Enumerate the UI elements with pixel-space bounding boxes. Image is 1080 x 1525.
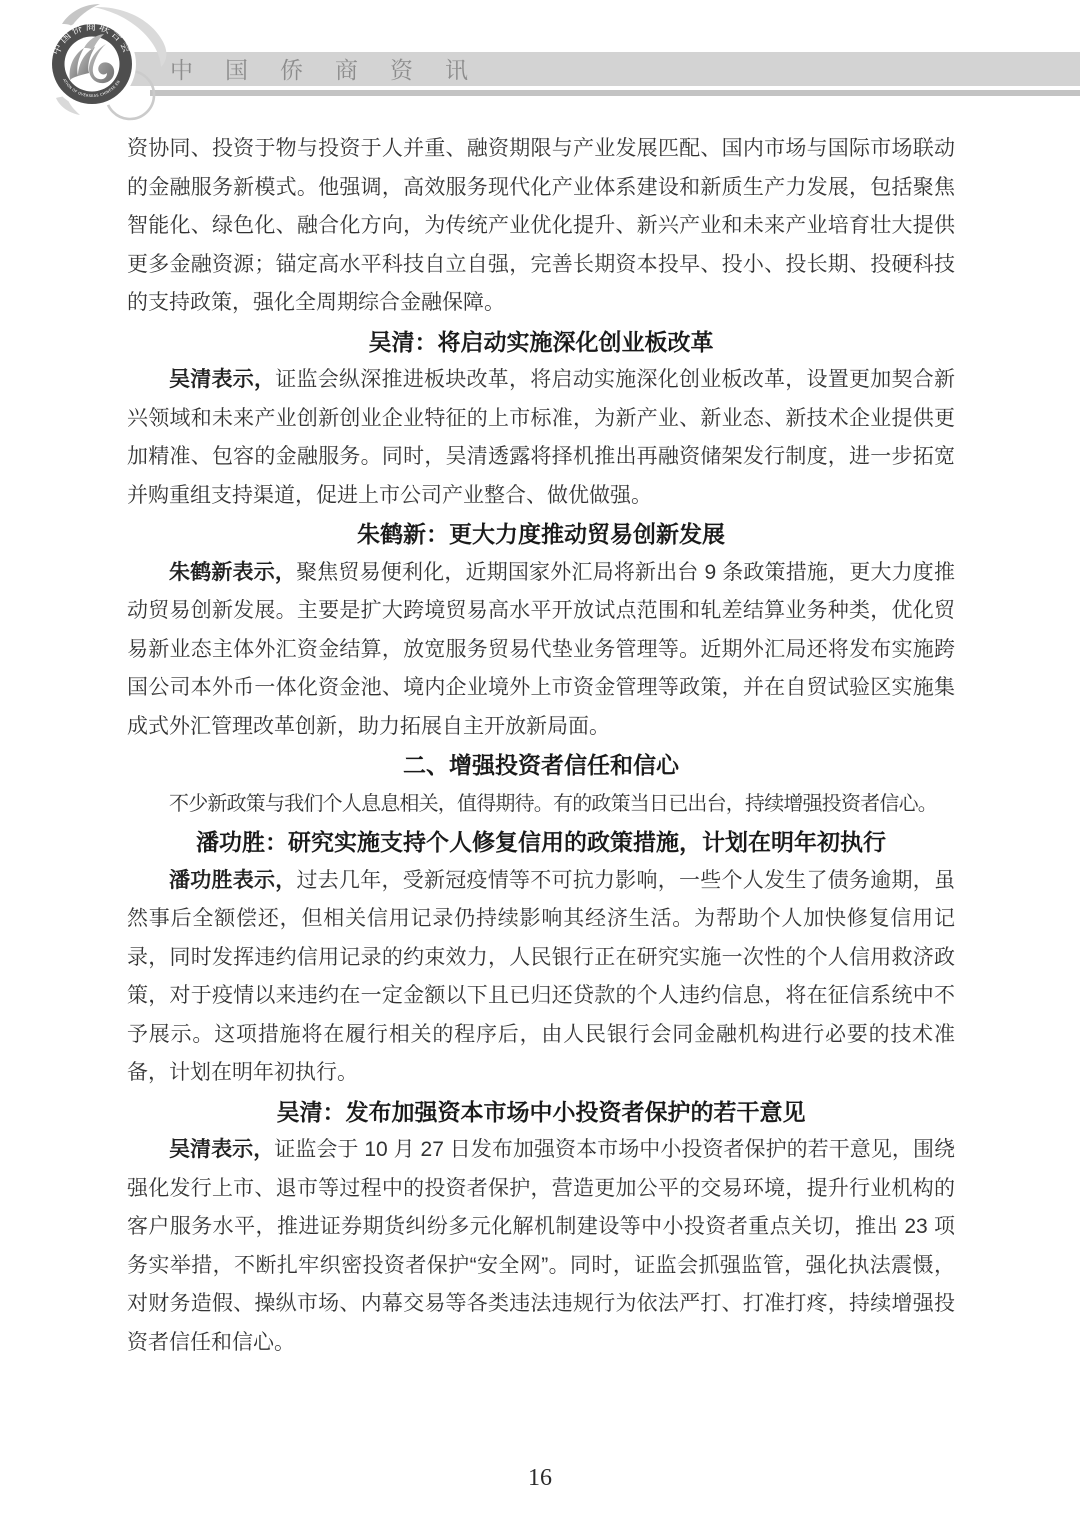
- paragraph-text: 过去几年，受新冠疫情等不可抗力影响，一些个人发生了债务逾期，虽然事后全额偿还，但…: [127, 869, 955, 1085]
- paragraph-wuqing-chinext: 吴清表示，证监会纵深推进板块改革，将启动实施深化创业板改革，设置更加契合新兴领域…: [127, 361, 955, 515]
- paragraph-zhuhexin-trade: 朱鹤新表示，聚焦贸易便利化，近期国家外汇局将新出台 9 条政策措施，更大力度推动…: [127, 554, 955, 747]
- section-heading-investor-confidence: 二、增强投资者信任和信心: [127, 746, 955, 785]
- headline-pangongsheng-credit-repair: 潘功胜：研究实施支持个人修复信用的政策措施，计划在明年初执行: [127, 823, 955, 862]
- speaker-lead: 朱鹤新表示，: [169, 561, 296, 584]
- page-number: 16: [0, 1465, 1080, 1492]
- paragraph-pangongsheng-credit: 潘功胜表示，过去几年，受新冠疫情等不可抗力影响，一些个人发生了债务逾期，虽然事后…: [127, 862, 955, 1093]
- paragraph-financial-services: 资协同、投资于物与投资于人并重、融资期限与产业发展匹配、国内市场与国际市场联动的…: [127, 130, 955, 323]
- headline-wuqing-chinext-reform: 吴清：将启动实施深化创业板改革: [127, 323, 955, 362]
- speaker-lead: 吴清表示，: [169, 368, 275, 391]
- masthead-title: 中国侨商资讯: [170, 56, 500, 84]
- paragraph-text: 聚焦贸易便利化，近期国家外汇局将新出台 9 条政策措施，更大力度推动贸易创新发展…: [127, 561, 955, 738]
- paragraph-investor-confidence-intro: 不少新政策与我们个人息息相关，值得期待。有的政策当日已出台，持续增强投资者信心。: [127, 785, 955, 824]
- federation-logo: 中国侨商联合会 CHINA FEDERATION OF OVERSEAS CHI…: [28, 2, 198, 132]
- paragraph-wuqing-investor-protection: 吴清表示，证监会于 10 月 27 日发布加强资本市场中小投资者保护的若干意见，…: [127, 1131, 955, 1362]
- masthead-underline: [150, 90, 1080, 96]
- headline-zhuhexin-trade: 朱鹤新：更大力度推动贸易创新发展: [127, 515, 955, 554]
- headline-wuqing-investor-protection: 吴清：发布加强资本市场中小投资者保护的若干意见: [127, 1093, 955, 1132]
- paragraph-text: 证监会于 10 月 27 日发布加强资本市场中小投资者保护的若干意见，围绕强化发…: [127, 1138, 955, 1354]
- speaker-lead: 吴清表示，: [169, 1138, 274, 1161]
- speaker-lead: 潘功胜表示，: [169, 869, 297, 892]
- paragraph-text: 不少新政策与我们个人息息相关，值得期待。有的政策当日已出台，持续增强投资者信心。: [169, 793, 937, 815]
- document-page: 中国侨商资讯 中国侨商联合会: [0, 0, 1080, 1525]
- paragraph-text: 资协同、投资于物与投资于人并重、融资期限与产业发展匹配、国内市场与国际市场联动的…: [127, 137, 955, 314]
- federation-emblem-icon: 中国侨商联合会 CHINA FEDERATION OF OVERSEAS CHI…: [28, 2, 198, 132]
- article-body: 资协同、投资于物与投资于人并重、融资期限与产业发展匹配、国内市场与国际市场联动的…: [127, 130, 955, 1362]
